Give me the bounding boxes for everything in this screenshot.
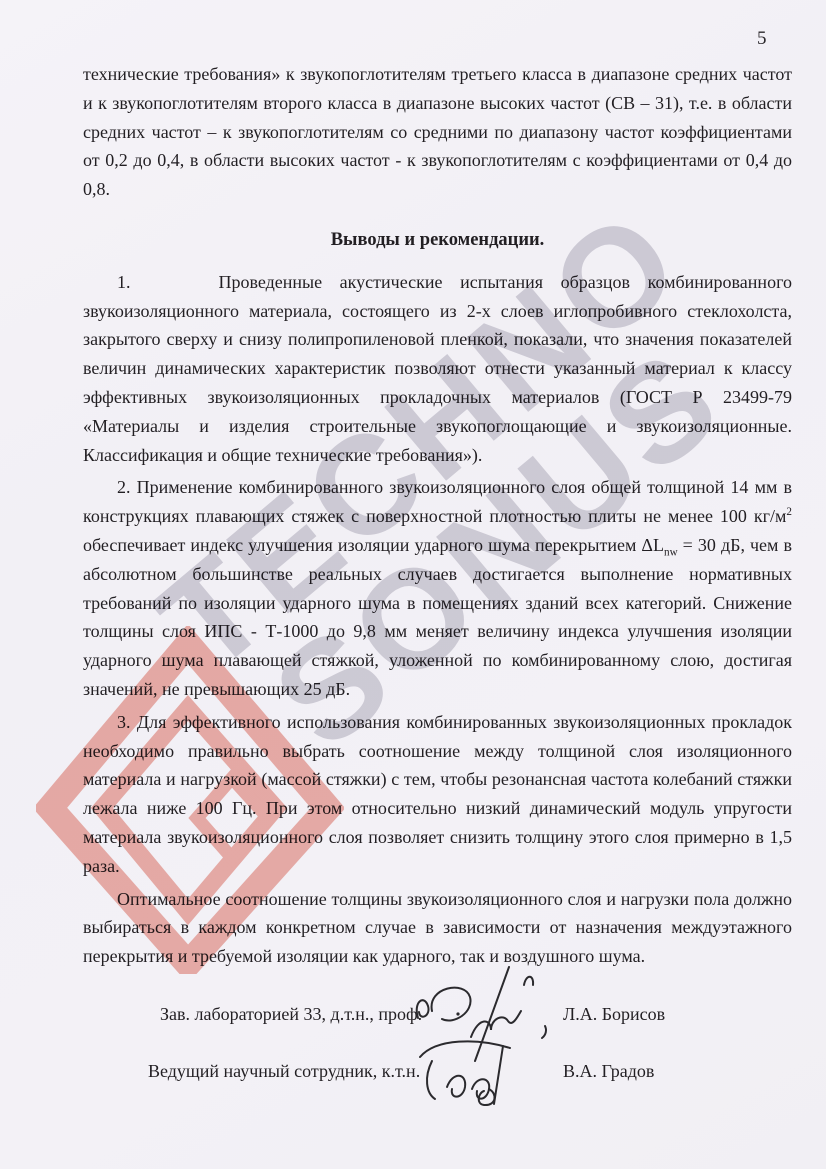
paragraph-1: 1. Проведенные акустические испытания об… — [83, 268, 792, 470]
document-body: технические требования» к звукопоглотите… — [83, 60, 792, 975]
signatory-name-1: Л.А. Борисов — [563, 1004, 665, 1025]
scanned-page: 5 технические требования» к звукопоглоти… — [0, 0, 826, 1169]
section-heading: Выводы и рекомендации. — [83, 226, 792, 255]
signature-scribble-gradov — [416, 1034, 534, 1108]
signatory-name-2: В.А. Градов — [563, 1061, 654, 1082]
paragraph-3: 3. Для эффективного использования комбин… — [83, 708, 792, 881]
page-number: 5 — [757, 28, 767, 50]
signatory-role-1: Зав. лабораторией 33, д.т.н., проф. — [160, 1004, 422, 1025]
paragraph-2: 2. Применение комбинированного звукоизол… — [83, 473, 792, 703]
paragraph-4: Оптимальное соотношение толщины звукоизо… — [83, 885, 792, 971]
paragraph-continuation: технические требования» к звукопоглотите… — [83, 60, 792, 204]
signatory-role-2: Ведущий научный сотрудник, к.т.н. — [148, 1061, 420, 1082]
